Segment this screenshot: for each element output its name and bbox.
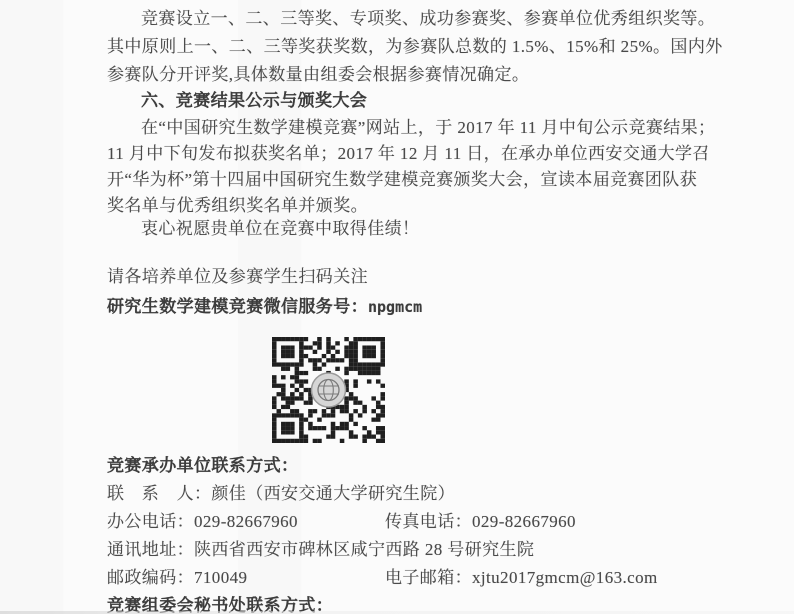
- wechat-account-label: 研究生数学建模竞赛微信服务号：: [107, 297, 368, 316]
- email-address: 电子邮箱：xjtu2017gmcm@163.com: [385, 564, 658, 592]
- wechat-account-id: npgmcm: [368, 298, 422, 316]
- paragraph-line: 参赛队分开评奖,具体数量由组委会根据参赛情况确定。: [107, 61, 703, 89]
- contact-person-line: 联 系 人：颜佳（西安交通大学研究生院）: [107, 480, 703, 508]
- office-phone: 办公电话：029-82667960: [107, 512, 298, 531]
- results-paragraph: 在“中国研究生数学建模竞赛”网站上，于 2017 年 11 月中旬公示竞赛结果；…: [107, 115, 703, 219]
- wechat-account-line: 研究生数学建模竞赛微信服务号：npgmcm: [107, 293, 703, 321]
- phone-row: 办公电话：029-82667960 传真电话：029-82667960: [107, 508, 703, 536]
- awards-paragraph: 竞赛设立一、二、三等奖、专项奖、成功参赛奖、参赛单位优秀组织奖等。 其中原则上一…: [107, 5, 703, 89]
- scanned-document-page: 竞赛设立一、二、三等奖、专项奖、成功参赛奖、参赛单位优秀组织奖等。 其中原则上一…: [0, 0, 794, 614]
- qr-center-logo: [312, 373, 346, 407]
- section-heading-results-announcement: 六、竞赛结果公示与颁奖大会: [107, 87, 703, 115]
- fax-phone: 传真电话：029-82667960: [385, 508, 576, 536]
- host-contact-heading: 竞赛承办单位联系方式：: [107, 452, 703, 480]
- qr-code-image: [272, 337, 385, 443]
- wish-line: 衷心祝愿贵单位在竞赛中取得佳绩！: [107, 215, 703, 243]
- paragraph-line: 11 月中下旬发布拟获奖名单；2017 年 12 月 11 日，在承办单位西安交…: [107, 141, 703, 167]
- address-line: 通讯地址：陕西省西安市碑林区咸宁西路 28 号研究生院: [107, 536, 703, 564]
- postal-code: 邮政编码：710049: [107, 568, 247, 587]
- paragraph-line: 开“华为杯”第十四届中国研究生数学建模竞赛颁奖大会，宣读本届竞赛团队获: [107, 167, 703, 193]
- postal-email-row: 邮政编码：710049 电子邮箱：xjtu2017gmcm@163.com: [107, 564, 703, 592]
- paragraph-line: 其中原则上一、二、三等奖获奖数，为参赛队总数的 1.5%、15%和 25%。国内…: [107, 33, 703, 61]
- paragraph-line: 在“中国研究生数学建模竞赛”网站上，于 2017 年 11 月中旬公示竞赛结果；: [107, 115, 703, 141]
- wechat-service-account-qr-code: [272, 337, 385, 443]
- paragraph-line: 竞赛设立一、二、三等奖、专项奖、成功参赛奖、参赛单位优秀组织奖等。: [107, 5, 703, 33]
- scan-instruction-line: 请各培养单位及参赛学生扫码关注: [107, 263, 703, 291]
